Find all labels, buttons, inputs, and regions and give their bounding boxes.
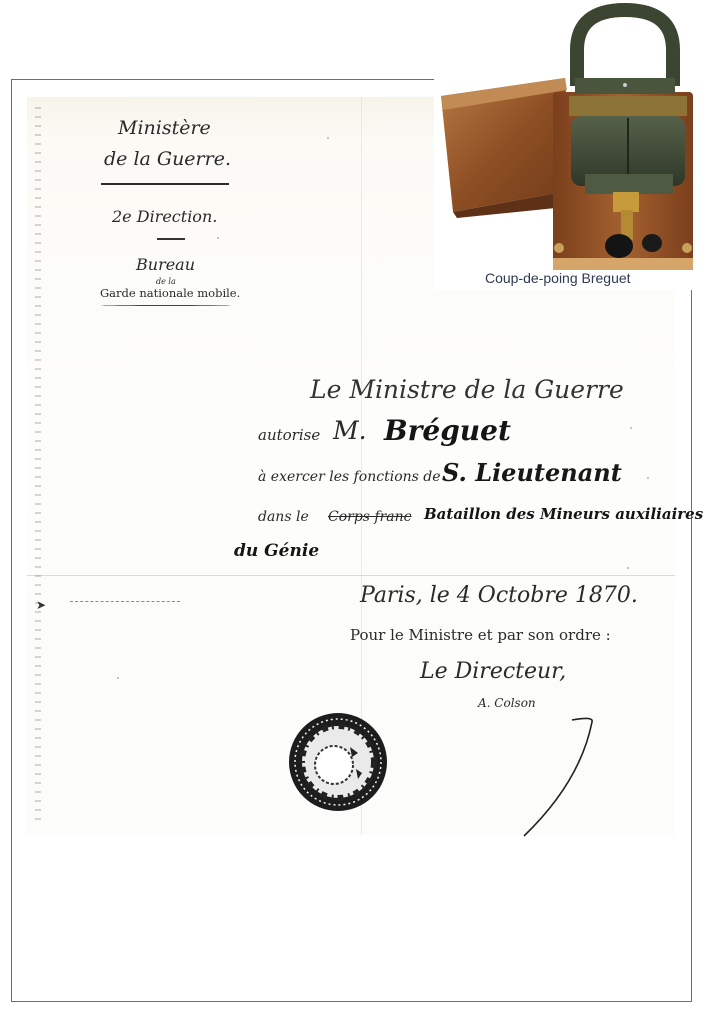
signature: A. Colson (478, 696, 536, 710)
paper-speck (630, 427, 632, 429)
margin-dash-line (70, 601, 180, 603)
director-title: Le Directeur, (420, 659, 566, 684)
signature-flourish (520, 712, 600, 838)
letterhead-underline (101, 305, 231, 306)
paper-speck (327, 137, 329, 139)
letterhead-bureau: Bureau (136, 255, 195, 274)
telegraph-device-icon (435, 0, 715, 275)
paper-speck (217, 237, 219, 239)
document-title: Le Ministre de la Guerre (310, 375, 624, 404)
margin-arrow-icon: ➤ (36, 598, 46, 612)
unit-name: Bataillon des Mineurs auxiliaires (424, 505, 703, 523)
letterhead-de-la: de la (156, 277, 176, 286)
letterhead-direction: 2e Direction. (112, 207, 217, 226)
recipient-name: Bréguet (384, 414, 511, 447)
letterhead-short-rule (157, 238, 185, 240)
letterhead-garde: Garde nationale mobile. (100, 286, 240, 300)
paper-speck (647, 477, 649, 479)
place-date: Paris, le 4 Octobre 1870. (360, 583, 638, 608)
authorizes-label: autorise (258, 426, 320, 444)
letterhead-rule (101, 183, 229, 185)
unit-continuation: du Génie (234, 541, 319, 561)
paper-speck (627, 567, 629, 569)
paper-speck (117, 677, 119, 679)
duties-label: à exercer les fonctions de (258, 469, 441, 485)
honorific: M. (333, 416, 367, 445)
struck-unit: Corps franc (328, 509, 412, 525)
letterhead-war: de la Guerre. (104, 148, 231, 170)
official-seal-icon (286, 711, 390, 813)
photo-caption: Coup-de-poing Breguet (485, 270, 631, 286)
device-photo (434, 0, 715, 290)
letterhead-ministry: Ministère (118, 117, 211, 139)
rank: S. Lieutenant (442, 458, 622, 487)
on-behalf-line: Pour le Ministre et par son ordre : (350, 626, 611, 644)
unit-label: dans le (258, 509, 309, 525)
